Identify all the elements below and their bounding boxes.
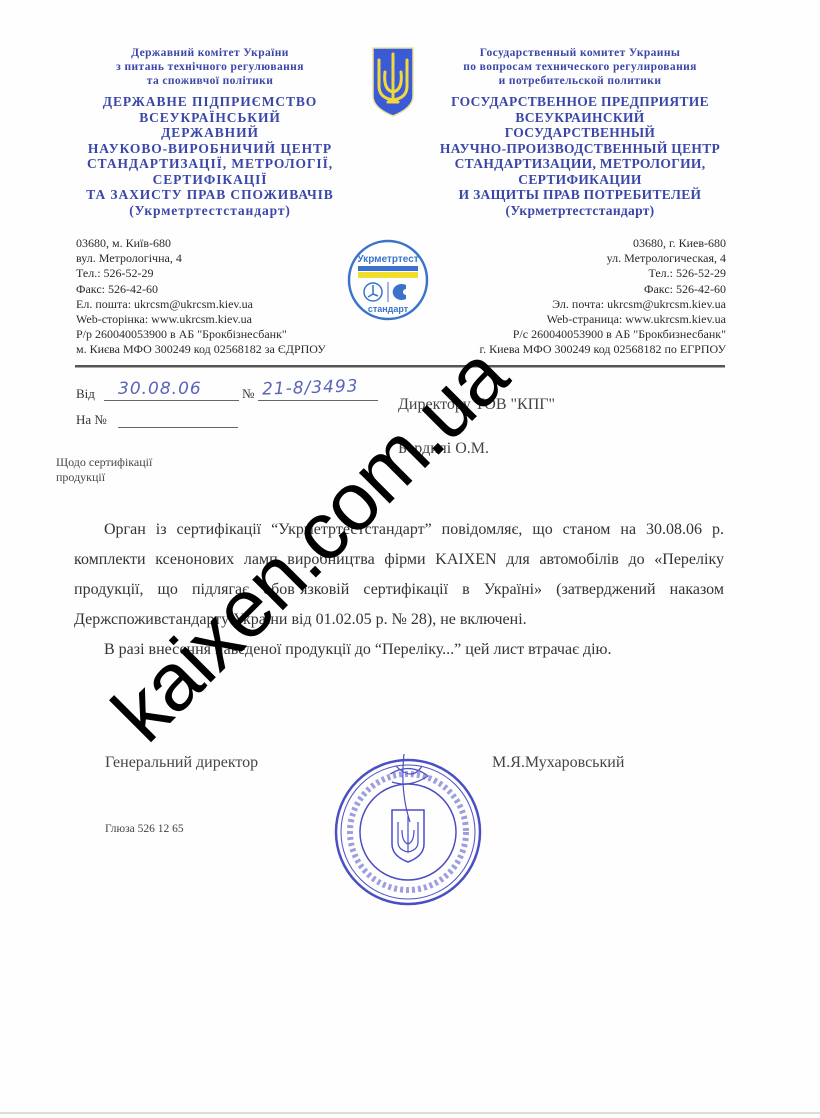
bank-code-line: м. Києва МФО 300249 код 02568182 за ЄДРП…: [76, 342, 326, 357]
committee-name-ru: Государственный комитет Украины по вопро…: [430, 46, 730, 88]
from-label: Від: [76, 386, 95, 402]
header-divider: [75, 365, 725, 368]
number-label: №: [242, 386, 254, 402]
address-line: 03680, м. Київ-680: [76, 236, 326, 251]
enterprise-line: СЕРТИФИКАЦИИ: [430, 172, 730, 188]
bank-account-line: Р/р 260040053900 в АБ "Брокбізнесбанк": [76, 327, 326, 342]
email-line: Ел. пошта: ukrcsm@ukrcsm.kiev.ua: [76, 297, 326, 312]
signatory-name: М.Я.Мухаровський: [492, 754, 624, 772]
address-block-ru: 03680, г. Киев-680 ул. Метрологическая, …: [480, 236, 726, 358]
contact-person-note: Глюза 526 12 65: [105, 823, 184, 835]
coat-of-arms-icon: [369, 46, 417, 118]
subject-line: Щодо сертифікації: [56, 455, 152, 470]
committee-line: и потребительской политики: [430, 74, 730, 88]
enterprise-line: ТА ЗАХИСТУ ПРАВ СПОЖИВАЧІВ: [60, 187, 360, 203]
header-left: Державний комітет України з питань техні…: [60, 46, 360, 218]
from-date-line: [104, 400, 239, 401]
from-date-value: 30.08.06: [118, 379, 202, 399]
enterprise-name-uk: ДЕРЖАВНЕ ПІДПРИЄМСТВО ВСЕУКРАЇНСЬКИЙ ДЕР…: [60, 94, 360, 218]
committee-line: та споживчої політики: [60, 74, 360, 88]
address-block-uk: 03680, м. Київ-680 вул. Метрологічна, 4 …: [76, 236, 326, 358]
phone-line: Тел.: 526-52-29: [480, 266, 726, 281]
email-line: Эл. почта: ukrcsm@ukrcsm.kiev.ua: [480, 297, 726, 312]
bank-account-line: Р/с 260040053900 в АБ "Брокбизнесбанк": [480, 327, 726, 342]
committee-name-uk: Державний комітет України з питань техні…: [60, 46, 360, 88]
enterprise-line: ВСЕУКРАИНСКИЙ: [430, 110, 730, 126]
committee-line: Государственный комитет Украины: [430, 46, 730, 60]
enterprise-line: ГОСУДАРСТВЕННЫЙ: [430, 125, 730, 141]
address-line: вул. Метрологічна, 4: [76, 251, 326, 266]
subject-line: продукції: [56, 470, 152, 485]
enterprise-line: (Укрметртестстандарт): [60, 203, 360, 219]
ukrmetrteststandart-logo: Укрметртест стандарт: [346, 238, 430, 322]
logo-bottom-text: стандарт: [368, 304, 409, 314]
fax-line: Факс: 526-42-60: [76, 282, 326, 297]
enterprise-line: СЕРТИФІКАЦІЇ: [60, 172, 360, 188]
enterprise-line: НАУЧНО-ПРОИЗВОДСТВЕННЫЙ ЦЕНТР: [430, 141, 730, 157]
fax-line: Факс: 526-42-60: [480, 282, 726, 297]
committee-line: з питань технічного регулювання: [60, 60, 360, 74]
enterprise-line: ДЕРЖАВНИЙ: [60, 125, 360, 141]
page-edge: [0, 1112, 820, 1114]
address-line: ул. Метрологическая, 4: [480, 251, 726, 266]
enterprise-line: СТАНДАРТИЗАЦИИ, МЕТРОЛОГИИ,: [430, 156, 730, 172]
phone-line: Тел.: 526-52-29: [76, 266, 326, 281]
reply-number-line: [118, 427, 238, 428]
number-line: [258, 400, 378, 401]
enterprise-line: ДЕРЖАВНЕ ПІДПРИЄМСТВО: [60, 94, 360, 110]
website-line: Web-страница: www.ukrcsm.kiev.ua: [480, 312, 726, 327]
enterprise-line: ВСЕУКРАЇНСЬКИЙ: [60, 110, 360, 126]
bank-code-line: г. Киева МФО 300249 код 02568182 по ЕГРП…: [480, 342, 726, 357]
number-value: 21-8/3493: [262, 376, 359, 399]
enterprise-line: НАУКОВО-ВИРОБНИЧИЙ ЦЕНТР: [60, 141, 360, 157]
enterprise-line: ГОСУДАРСТВЕННОЕ ПРЕДПРИЯТИЕ: [430, 94, 730, 110]
reply-label: На №: [76, 412, 107, 428]
enterprise-line: (Укрметртестстандарт): [430, 203, 730, 219]
address-line: 03680, г. Киев-680: [480, 236, 726, 251]
enterprise-name-ru: ГОСУДАРСТВЕННОЕ ПРЕДПРИЯТИЕ ВСЕУКРАИНСКИ…: [430, 94, 730, 218]
committee-line: Державний комітет України: [60, 46, 360, 60]
header-right: Государственный комитет Украины по вопро…: [430, 46, 730, 218]
official-seal-icon: [330, 752, 486, 908]
enterprise-line: И ЗАЩИТЫ ПРАВ ПОТРЕБИТЕЛЕЙ: [430, 187, 730, 203]
enterprise-line: СТАНДАРТИЗАЦІЇ, МЕТРОЛОГІЇ,: [60, 156, 360, 172]
signatory-title: Генеральний директор: [105, 754, 258, 772]
committee-line: по вопросам технического регулирования: [430, 60, 730, 74]
logo-top-text: Укрметртест: [357, 254, 418, 265]
subject: Щодо сертифікації продукції: [56, 455, 152, 485]
website-line: Web-сторінка: www.ukrcsm.kiev.ua: [76, 312, 326, 327]
